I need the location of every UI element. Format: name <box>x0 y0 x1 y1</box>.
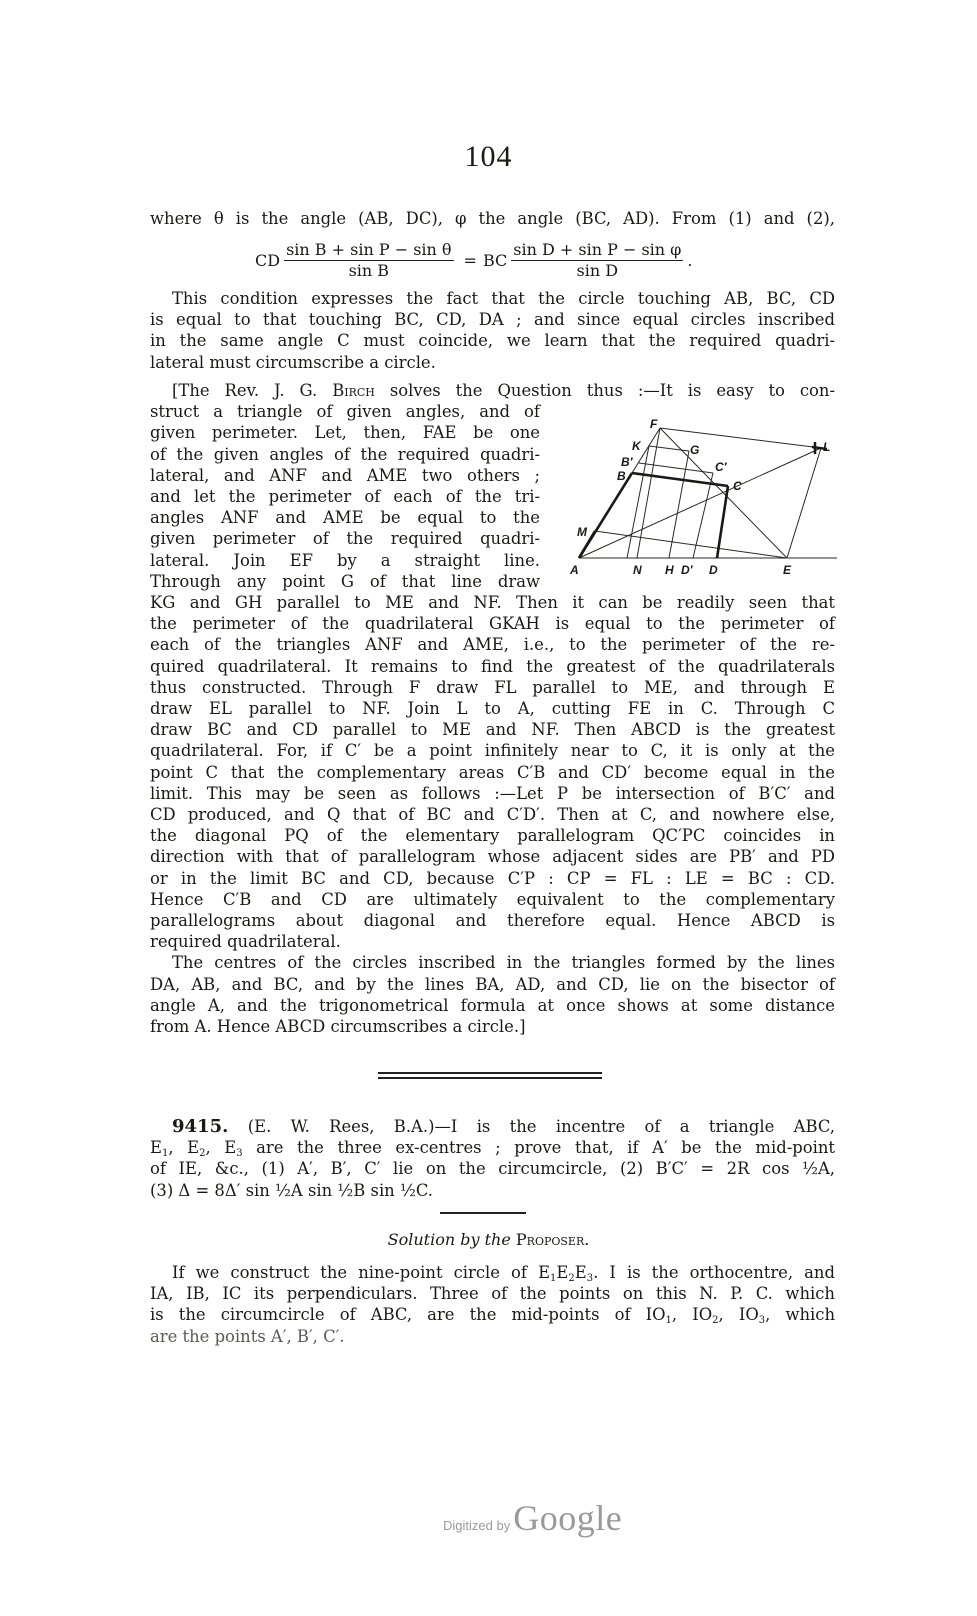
equation: CD sin B + sin P − sin θ sin B = BC sin … <box>255 237 745 283</box>
text-line: lateral. Join EF by a straight line. <box>150 550 540 571</box>
text-fragment: E <box>556 1263 568 1282</box>
denominator: sin B <box>349 261 389 281</box>
label-M: M <box>577 525 588 539</box>
question-9415: 9415. (E. W. Rees, B.A.)—I is the incent… <box>150 1116 835 1201</box>
label-L: L <box>823 440 830 454</box>
question-author: (E. W. Rees, B.A.) <box>248 1117 435 1136</box>
label-C-prime: C′ <box>715 460 728 474</box>
author-name: Birch <box>332 381 375 400</box>
text-line: angles ANF and AME be equal to the <box>150 507 540 528</box>
label-G: G <box>690 443 699 457</box>
text-line: from A. Hence ABCD circumscribes a circl… <box>150 1016 835 1037</box>
text-fragment: solves the Question thus :—It is easy to… <box>375 381 835 400</box>
equation-rhs-prefix: BC <box>483 251 507 270</box>
text-line: DA, AB, and BC, and by the lines BA, AD,… <box>150 974 835 995</box>
text-fragment: , which <box>765 1305 835 1324</box>
digitized-watermark: Digitized by Google <box>443 1497 622 1539</box>
text-line: and let the perimeter of each of the tri… <box>150 486 540 507</box>
paragraph-condition: This condition expresses the fact that t… <box>150 288 835 373</box>
numerator: sin D + sin P − sin φ <box>511 240 683 261</box>
label-E: E <box>783 563 792 577</box>
label-B-prime: B′ <box>621 455 634 469</box>
text-line: is the circumcircle of ABC, are the mid-… <box>150 1304 835 1325</box>
label-H: H <box>665 563 674 577</box>
text-line: This condition expresses the fact that t… <box>150 288 835 309</box>
text-fragment: , IO <box>672 1305 712 1324</box>
equals-sign: = <box>464 251 477 270</box>
text-line: the perimeter of the quadrilateral GKAH … <box>150 613 835 634</box>
numerator: sin B + sin P − sin θ <box>284 240 453 261</box>
short-divider <box>440 1212 526 1214</box>
label-B: B <box>617 469 626 483</box>
section-divider <box>378 1072 602 1079</box>
text-fragment: are the three ex-centres ; prove that, i… <box>243 1138 835 1157</box>
text-line: where θ is the angle (AB, DC), φ the ang… <box>150 208 835 229</box>
text-line: each of the triangles ANF and AME, i.e.,… <box>150 634 835 655</box>
text-fragment: —I is the incentre of a triangle ABC, <box>435 1117 835 1136</box>
text-line: angle A, and the trigonometrical formula… <box>150 995 835 1016</box>
solution-heading: Solution by the Proposer. <box>0 1230 977 1249</box>
text-line: the diagonal PQ of the elementary parall… <box>150 825 835 846</box>
text-line: direction with that of parallelogram who… <box>150 846 835 867</box>
text-line: required quadrilateral. <box>150 931 835 952</box>
text-line: in the same angle C must coincide, we le… <box>150 330 835 351</box>
text-fragment: E <box>575 1263 587 1282</box>
label-K: K <box>632 439 642 453</box>
digitized-by-text: Digitized by <box>443 1518 510 1533</box>
label-D-prime: D′ <box>681 563 694 577</box>
text-fragment: is the circumcircle of ABC, are the mid-… <box>150 1305 666 1324</box>
text-line: CD produced, and Q that of BC and C′D′. … <box>150 804 835 825</box>
text-line: struct a triangle of given angles, and o… <box>150 401 540 422</box>
text-line: If we construct the nine-point circle of… <box>150 1262 835 1283</box>
label-F: F <box>650 418 658 431</box>
text-line: quired quadrilateral. It remains to find… <box>150 656 835 677</box>
text-line: given perimeter. Let, then, FAE be one <box>150 422 540 443</box>
text-line: Hence C′B and CD are ultimately equivale… <box>150 889 835 910</box>
solution-body: If we construct the nine-point circle of… <box>150 1262 835 1347</box>
text-line: given perimeter of the required quadri- <box>150 528 540 549</box>
text-line: draw BC and CD parallel to ME and NF. Th… <box>150 719 835 740</box>
text-line: [The Rev. J. G. Birch solves the Questio… <box>150 380 835 401</box>
question-number: 9415. <box>172 1116 228 1137</box>
text-line: limit. This may be seen as follows :—Let… <box>150 783 835 804</box>
text-beside-diagram: struct a triangle of given angles, and o… <box>150 401 540 592</box>
text-line: (3) Δ = 8Δ′ sin ½A sin ½B sin ½C. <box>150 1180 835 1201</box>
equation-rhs-fraction: sin D + sin P − sin φ sin D <box>511 240 683 281</box>
heading-proposer: Proposer. <box>516 1230 589 1249</box>
text-line: is equal to that touching BC, CD, DA ; a… <box>150 309 835 330</box>
text-line: of the given angles of the required quad… <box>150 444 540 465</box>
text-line: or in the limit BC and CD, because C′P :… <box>150 868 835 889</box>
text-line: lateral must circumscribe a circle. <box>150 352 835 373</box>
equation-lhs-prefix: CD <box>255 251 280 270</box>
text-fragment: , IO <box>719 1305 759 1324</box>
text-line: quadrilateral. For, if C′ be a point inf… <box>150 740 835 761</box>
paragraph-intro: where θ is the angle (AB, DC), φ the ang… <box>150 208 835 229</box>
google-logo: Google <box>513 1497 622 1539</box>
text-line: parallelograms about diagonal and theref… <box>150 910 835 931</box>
equation-lhs-fraction: sin B + sin P − sin θ sin B <box>284 240 453 281</box>
text-line: E1, E2, E3 are the three ex-centres ; pr… <box>150 1137 835 1158</box>
text-line: are the points A′, B′, C′. <box>150 1326 835 1347</box>
text-fragment: If we construct the nine-point circle of… <box>172 1263 550 1282</box>
text-fragment: . I is the orthocentre, and <box>593 1263 835 1282</box>
text-fragment: , E <box>205 1138 236 1157</box>
text-line: draw EL parallel to NF. Join L to A, cut… <box>150 698 835 719</box>
label-N: N <box>633 563 642 577</box>
text-line: The centres of the circles inscribed in … <box>150 952 835 973</box>
text-line: IA, IB, IC its perpendiculars. Three of … <box>150 1283 835 1304</box>
label-C: C <box>733 479 742 493</box>
page-number: 104 <box>0 140 977 174</box>
text-line: of IE, &c., (1) A′, B′, C′ lie on the ci… <box>150 1158 835 1179</box>
equation-end: . <box>687 251 692 270</box>
heading-italic: Solution by the <box>388 1230 511 1249</box>
text-line: thus constructed. Through F draw FL para… <box>150 677 835 698</box>
geometry-diagram: F K G B′ C′ B C L M A N H D′ D E <box>565 418 837 580</box>
label-D: D <box>709 563 718 577</box>
text-fragment: E <box>150 1138 162 1157</box>
text-line: Through any point G of that line draw <box>150 571 540 592</box>
text-line: lateral, and ANF and AME two others ; <box>150 465 540 486</box>
denominator: sin D <box>577 261 619 281</box>
text-line: 9415. (E. W. Rees, B.A.)—I is the incent… <box>150 1116 835 1137</box>
text-line: KG and GH parallel to ME and NF. Then it… <box>150 592 835 613</box>
text-line: point C that the complementary areas C′B… <box>150 762 835 783</box>
text-fragment: , E <box>168 1138 199 1157</box>
label-A: A <box>569 563 579 577</box>
text-fragment: [The Rev. J. G. <box>172 381 332 400</box>
